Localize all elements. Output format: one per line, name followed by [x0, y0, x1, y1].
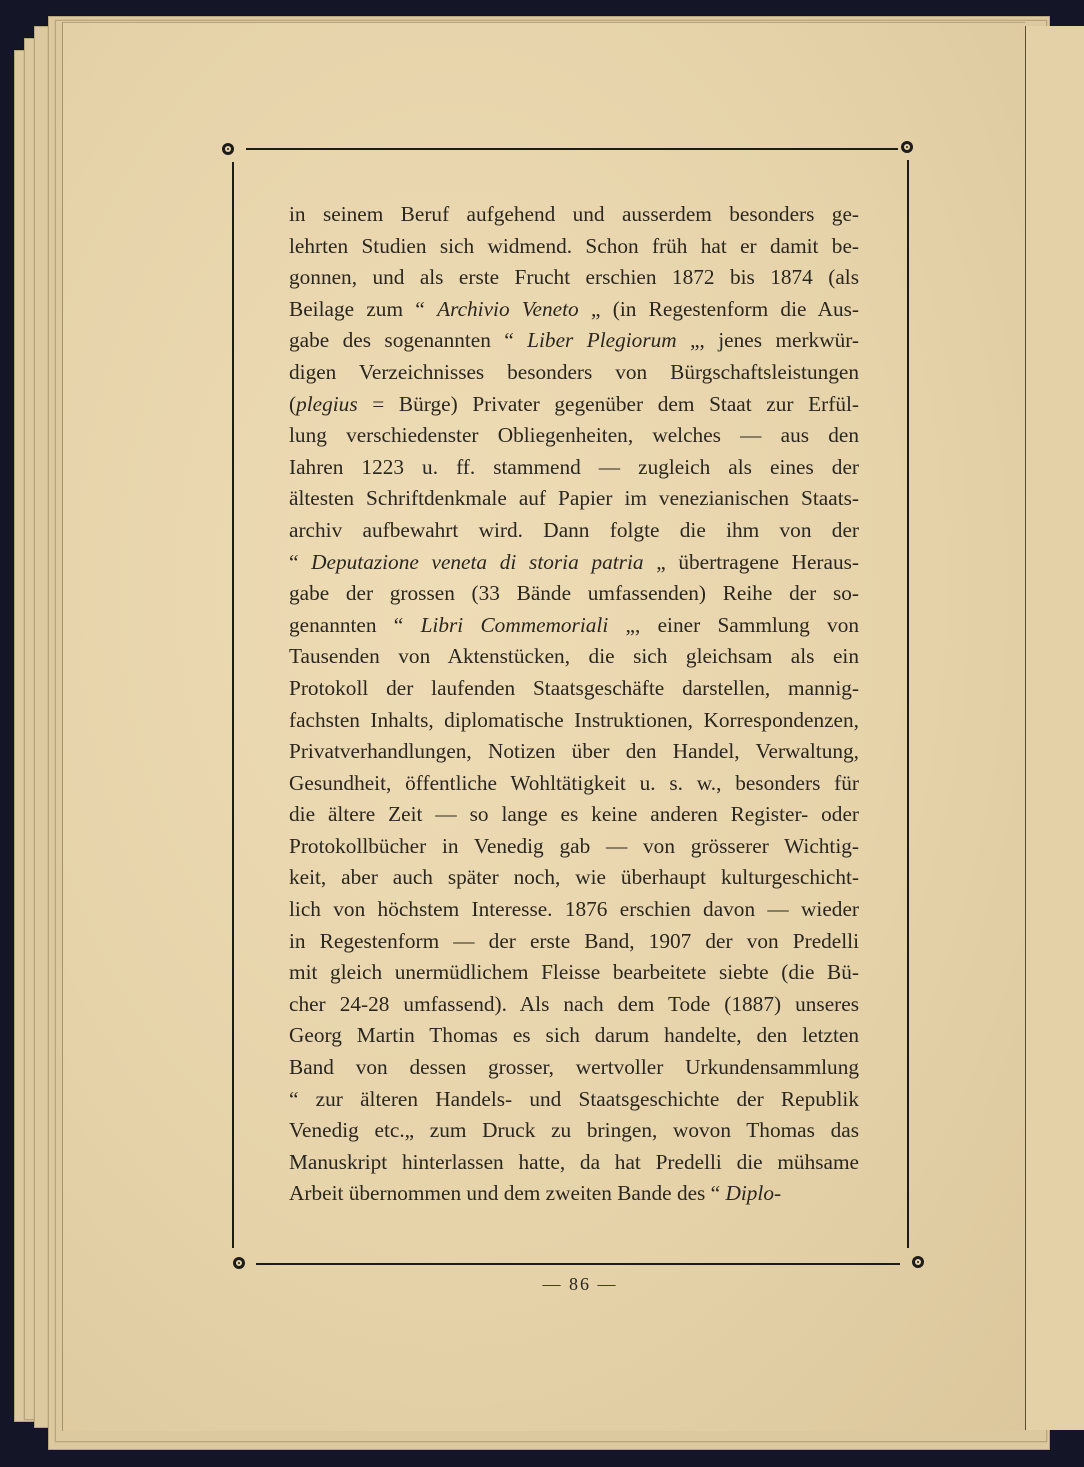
- text-run: gonnen, und als erste Frucht erschien 18…: [289, 265, 859, 289]
- text-run: keit, aber auch später noch, wie überhau…: [289, 865, 859, 889]
- text-line: archiv aufbewahrt wird. Dann folgte die …: [289, 515, 859, 547]
- text-line: Georg Martin Thomas es sich darum handel…: [289, 1020, 859, 1052]
- text-line: gabe der grossen (33 Bände umfassenden) …: [289, 578, 859, 610]
- corner-ornament-top-right-icon: [901, 141, 913, 153]
- text-run: ältesten Schriftdenkmale auf Papier im v…: [289, 486, 859, 510]
- text-run: die ältere Zeit — so lange es keine ande…: [289, 802, 859, 826]
- text-run: “: [289, 550, 311, 574]
- text-run: „ (in Regestenform die Aus-: [579, 297, 859, 321]
- text-run: Beilage zum “: [289, 297, 437, 321]
- text-line: die ältere Zeit — so lange es keine ande…: [289, 799, 859, 831]
- text-run: “ zur älteren Handels- und Staatsgeschic…: [289, 1087, 859, 1111]
- italic-title: Deputazione veneta di storia patria: [311, 550, 643, 574]
- text-run: Protokoll der laufenden Staatsgeschäfte …: [289, 676, 859, 700]
- text-line: gonnen, und als erste Frucht erschien 18…: [289, 262, 859, 294]
- italic-title: Libri Commemoriali: [421, 613, 609, 637]
- frame-bottom-rule: [256, 1263, 900, 1265]
- text-run: Georg Martin Thomas es sich darum handel…: [289, 1023, 859, 1047]
- text-line: ältesten Schriftdenkmale auf Papier im v…: [289, 483, 859, 515]
- corner-ornament-top-left-icon: [222, 143, 234, 155]
- text-run: Tausenden von Aktenstücken, die sich gle…: [289, 644, 859, 668]
- text-line: “ Deputazione veneta di storia patria „ …: [289, 547, 859, 579]
- text-line: fachsten Inhalts, diplomatische Instrukt…: [289, 705, 859, 737]
- text-run: Gesundheit, öffentliche Wohltätigkeit u.…: [289, 771, 859, 795]
- text-run: digen Verzeichnisses besonders von Bürgs…: [289, 360, 859, 384]
- text-line: Protokoll der laufenden Staatsgeschäfte …: [289, 673, 859, 705]
- italic-title: Diplo-: [725, 1181, 781, 1205]
- text-run: „, einer Sammlung von: [608, 613, 859, 637]
- text-line: lung verschiedenster Obliegenheiten, wel…: [289, 420, 859, 452]
- body-text: in seinem Beruf aufgehend und ausserdem …: [289, 199, 859, 1210]
- page-number: — 86 —: [500, 1274, 660, 1295]
- text-run: „ übertragene Heraus-: [644, 550, 859, 574]
- corner-ornament-bottom-right-icon: [912, 1256, 924, 1268]
- italic-title: Liber Plegiorum: [527, 328, 676, 352]
- text-run: lung verschiedenster Obliegenheiten, wel…: [289, 423, 859, 447]
- text-run: „, jenes merkwür-: [677, 328, 859, 352]
- text-run: in Regestenform — der erste Band, 1907 d…: [289, 929, 859, 953]
- text-run: Privatverhandlungen, Notizen über den Ha…: [289, 739, 859, 763]
- text-line: Arbeit übernommen und dem zweiten Bande …: [289, 1178, 859, 1210]
- text-line: lich von höchstem Interesse. 1876 erschi…: [289, 894, 859, 926]
- text-run: gabe des sogenannten “: [289, 328, 527, 352]
- text-line: in Regestenform — der erste Band, 1907 d…: [289, 926, 859, 958]
- text-line: “ zur älteren Handels- und Staatsgeschic…: [289, 1084, 859, 1116]
- italic-title: Archivio Veneto: [437, 297, 579, 321]
- frame-top-rule: [246, 148, 898, 150]
- text-line: digen Verzeichnisses besonders von Bürgs…: [289, 357, 859, 389]
- text-line: Venedig etc.„ zum Druck zu bringen, wovo…: [289, 1115, 859, 1147]
- text-run: Arbeit übernommen und dem zweiten Bande …: [289, 1181, 725, 1205]
- text-line: Protokollbücher in Venedig gab — von grö…: [289, 831, 859, 863]
- text-line: Beilage zum “ Archivio Veneto „ (in Rege…: [289, 294, 859, 326]
- corner-ornament-bottom-left-icon: [233, 1257, 245, 1269]
- text-run: archiv aufbewahrt wird. Dann folgte die …: [289, 518, 859, 542]
- text-line: Iahren 1223 u. ff. stammend — zugleich a…: [289, 452, 859, 484]
- text-run: Protokollbücher in Venedig gab — von grö…: [289, 834, 859, 858]
- text-line: Privatverhandlungen, Notizen über den Ha…: [289, 736, 859, 768]
- text-line: cher 24-28 umfassend). Als nach dem Tode…: [289, 989, 859, 1021]
- text-run: cher 24-28 umfassend). Als nach dem Tode…: [289, 992, 859, 1016]
- text-run: Venedig etc.„ zum Druck zu bringen, wovo…: [289, 1118, 859, 1142]
- text-run: Band von dessen grosser, wertvoller Urku…: [289, 1055, 859, 1079]
- text-run: = Bürge) Privater gegenüber dem Staat zu…: [358, 392, 859, 416]
- text-run: lich von höchstem Interesse. 1876 erschi…: [289, 897, 859, 921]
- text-line: Manuskript hinterlassen hatte, da hat Pr…: [289, 1147, 859, 1179]
- italic-title: plegius: [296, 392, 358, 416]
- facing-page-edge: [1024, 26, 1084, 1430]
- text-run: fachsten Inhalts, diplomatische Instrukt…: [289, 708, 859, 732]
- text-line: Tausenden von Aktenstücken, die sich gle…: [289, 641, 859, 673]
- text-line: (plegius = Bürge) Privater gegenüber dem…: [289, 389, 859, 421]
- text-line: Gesundheit, öffentliche Wohltätigkeit u.…: [289, 768, 859, 800]
- frame-right-rule: [907, 160, 909, 1248]
- text-run: gabe der grossen (33 Bände umfassenden) …: [289, 581, 859, 605]
- frame-left-rule: [232, 162, 234, 1248]
- text-line: mit gleich unermüdlichem Fleisse bearbei…: [289, 957, 859, 989]
- text-line: Band von dessen grosser, wertvoller Urku…: [289, 1052, 859, 1084]
- text-line: keit, aber auch später noch, wie überhau…: [289, 862, 859, 894]
- text-run: lehrten Studien sich widmend. Schon früh…: [289, 234, 859, 258]
- text-run: mit gleich unermüdlichem Fleisse bearbei…: [289, 960, 859, 984]
- text-line: in seinem Beruf aufgehend und ausserdem …: [289, 199, 859, 231]
- text-line: gabe des sogenannten “ Liber Plegiorum „…: [289, 325, 859, 357]
- text-line: genannten “ Libri Commemoriali „, einer …: [289, 610, 859, 642]
- text-run: Iahren 1223 u. ff. stammend — zugleich a…: [289, 455, 859, 479]
- text-line: lehrten Studien sich widmend. Schon früh…: [289, 231, 859, 263]
- text-run: Manuskript hinterlassen hatte, da hat Pr…: [289, 1150, 859, 1174]
- text-run: genannten “: [289, 613, 421, 637]
- text-run: in seinem Beruf aufgehend und ausserdem …: [289, 202, 859, 226]
